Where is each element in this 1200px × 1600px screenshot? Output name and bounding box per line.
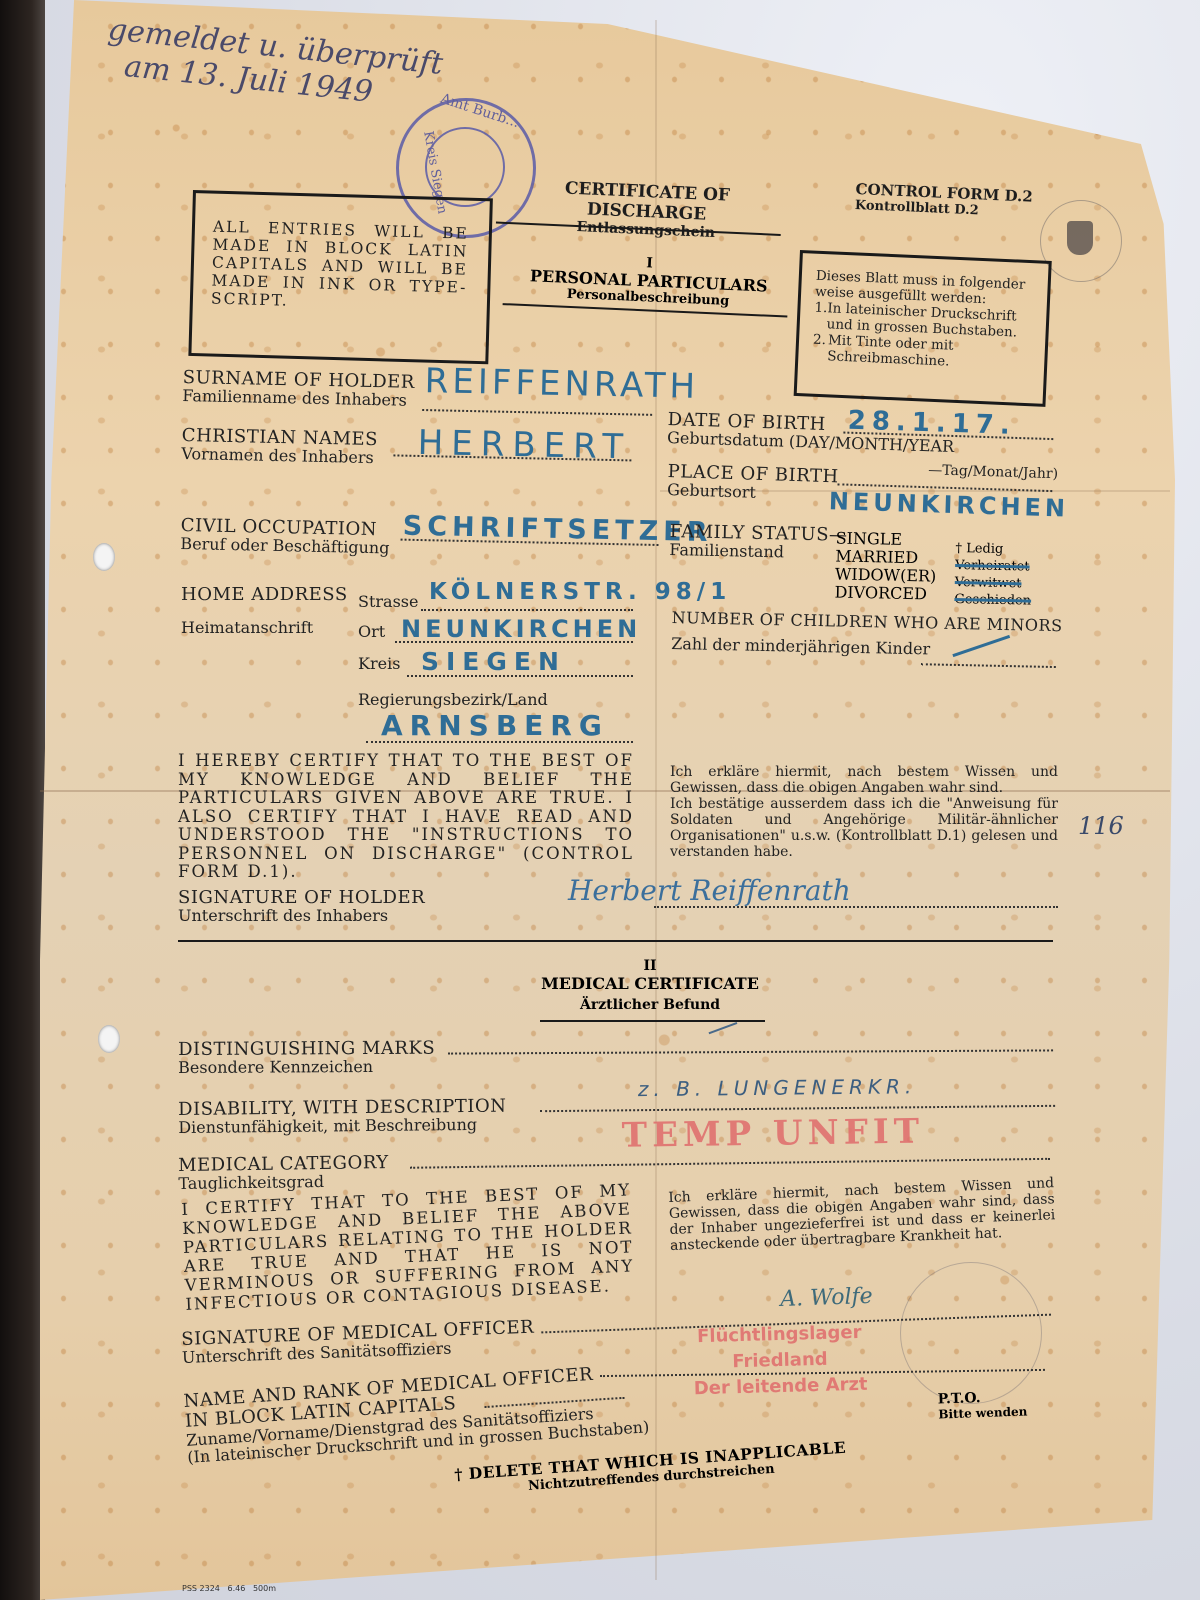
section-2-heading: II MEDICAL CERTIFICATE Ärztlicher Befund [530, 958, 770, 1013]
date-of-birth-value: 28.1.17. [847, 406, 1016, 441]
medical-certification-en: I CERTIFY THAT TO THE BEST OF MY KNOWLED… [181, 1180, 636, 1314]
coat-of-arms-icon [1067, 221, 1093, 255]
occupation-label-de: Beruf oder Beschäftigung [180, 535, 389, 556]
region-value: ARNSBERG [381, 709, 609, 742]
family-status-option-en: DIVORCED [834, 583, 936, 603]
temp-unfit-stamp: TEMP UNFIT [621, 1112, 924, 1156]
section-2-number: II [530, 958, 770, 974]
list-number: 2. [812, 332, 828, 365]
surname-label-de: Familienname des Inhabers [182, 387, 414, 409]
pto-block: P.T.O. Bitte wenden [938, 1388, 1028, 1421]
distinguishing-marks-field: DISTINGUISHING MARKS Besondere Kennzeich… [178, 1035, 1058, 1076]
faint-stamp-right [1040, 200, 1122, 282]
punch-hole [93, 543, 115, 571]
family-status-option-de: Verwitwet [955, 574, 1032, 593]
home-address-label-de: Heimatanschrift [181, 619, 313, 636]
christian-names-field: CHRISTIAN NAMES Vornamen des Inhabers HE… [181, 426, 378, 466]
family-status-option-de: † Ledig [955, 540, 1032, 559]
street-label: Strasse [358, 593, 418, 610]
family-status-option-de: Geschieden [954, 591, 1031, 610]
family-status-options-en: SINGLEMARRIEDWIDOW(ER)DIVORCED [834, 529, 937, 603]
print-code: PSS 2324 6.46 500m [182, 1584, 276, 1593]
street-value: KÖLNERSTR. 98/1 [429, 579, 731, 605]
instructions-en-text: ALL ENTRIES WILL BE MADE IN BLOCK LATIN … [211, 218, 469, 315]
christian-names-label-de: Vornamen des Inhabers [181, 445, 378, 466]
holder-signature-label-de: Unterschrift des Inhabers [178, 907, 1058, 924]
instructions-box-de: Dieses Blatt muss in folgender weise aus… [794, 250, 1052, 407]
district-label: Kreis [358, 655, 400, 672]
children-field: NUMBER OF CHILDREN WHO ARE MINORS Zahl d… [671, 608, 1072, 660]
holder-certification-en: I HEREBY CERTIFY THAT TO THE BEST OF MY … [178, 752, 634, 882]
occupation-value: SCHRIFTSETZER [403, 511, 713, 548]
officer-signature: A. Wolfe [780, 1284, 873, 1312]
town-label: Ort [358, 623, 385, 640]
instructions-box-en: ALL ENTRIES WILL BE MADE IN BLOCK LATIN … [188, 190, 493, 364]
surname-field: SURNAME OF HOLDER Familienname des Inhab… [182, 368, 415, 409]
family-status-field: FAMILY STATUS— Familienstand SINGLEMARRI… [669, 522, 1070, 566]
family-status-options-de: † LedigVerheiratetVerwitwetGeschieden [954, 540, 1032, 610]
stamp-line-1: Flüchtlingslager [689, 1320, 870, 1351]
district-value: SIEGEN [421, 647, 566, 676]
surname-value: REIFFENRATH [424, 361, 699, 407]
christian-names-value: HERBERT [417, 423, 631, 467]
dark-edge [0, 0, 45, 1600]
town-value: NEUNKIRCHEN [401, 615, 641, 643]
holder-signature-field: SIGNATURE OF HOLDER Unterschrift des Inh… [178, 888, 1058, 924]
holder-certification-de: Ich erkläre hiermit, nach bestem Wissen … [670, 764, 1058, 860]
holder-signature: Herbert Reiffenrath [568, 874, 851, 907]
section-2-title: MEDICAL CERTIFICATE [530, 974, 770, 993]
home-address-label: HOME ADDRESS [181, 585, 348, 604]
section-2-title-de: Ärztlicher Befund [530, 997, 770, 1013]
region-label: Regierungsbezirk/Land [358, 691, 548, 708]
holder-certification-de-1: Ich erkläre hiermit, nach bestem Wissen … [670, 764, 1058, 796]
holder-certification-de-2: Ich bestätige ausserdem dass ich die "An… [670, 796, 1058, 860]
occupation-field: CIVIL OCCUPATION Beruf oder Beschäftigun… [180, 516, 390, 556]
family-status-option-de: Verheiratet [955, 557, 1032, 576]
margin-note: 116 [1078, 812, 1124, 840]
disability-value: z. B. LUNGENERKR. [638, 1074, 917, 1101]
section-divider [178, 940, 1053, 942]
punch-hole [98, 1025, 120, 1053]
